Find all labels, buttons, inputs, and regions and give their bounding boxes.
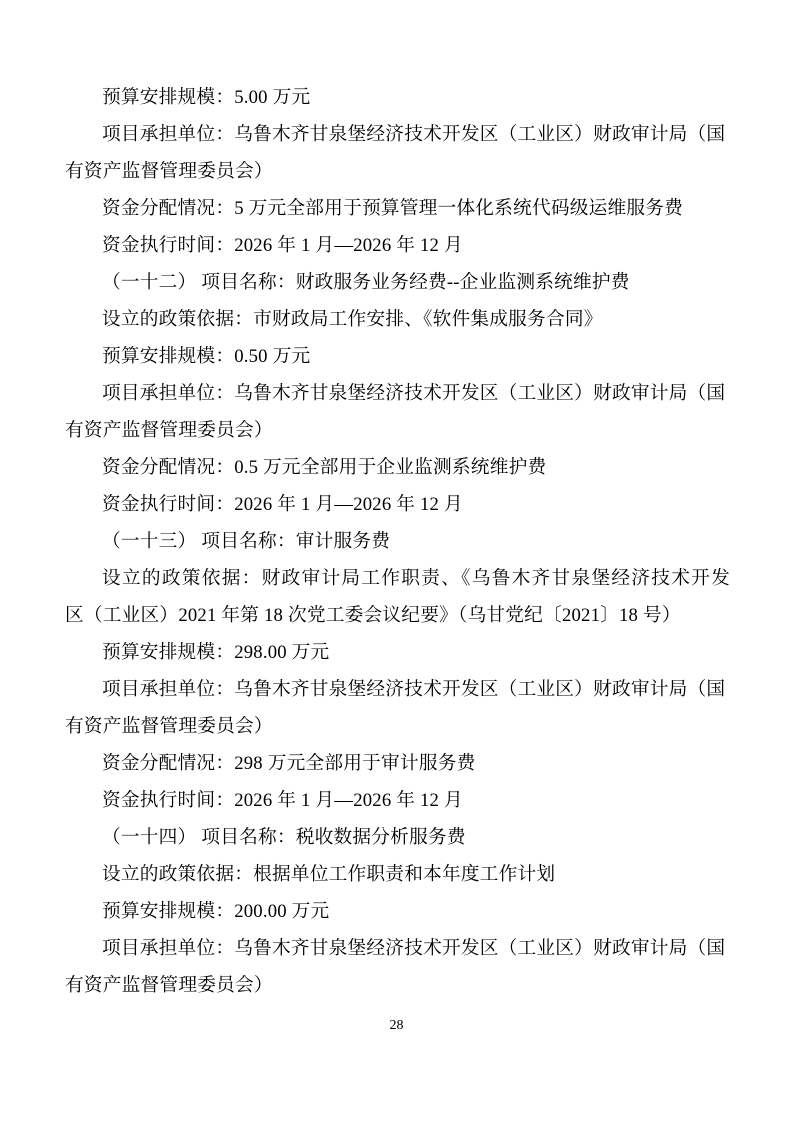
- text-line: 预算安排规模：0.50 万元: [65, 338, 730, 375]
- document-page: 预算安排规模：5.00 万元项目承担单位：乌鲁木齐甘泉堡经济技术开发区（工业区）…: [0, 0, 793, 1122]
- text-line: 项目承担单位：乌鲁木齐甘泉堡经济技术开发区（工业区）财政审计局（国: [65, 375, 730, 412]
- page-number: 28: [390, 1018, 404, 1033]
- text-line: 设立的政策依据：市财政局工作安排、《软件集成服务合同》: [65, 301, 730, 338]
- text-line: 有资产监督管理委员会）: [65, 708, 730, 745]
- text-line: 项目承担单位：乌鲁木齐甘泉堡经济技术开发区（工业区）财政审计局（国: [65, 671, 730, 708]
- text-line: 设立的政策依据：财政审计局工作职责、《乌鲁木齐甘泉堡经济技术开发: [65, 560, 730, 597]
- text-line: （一十四） 项目名称：税收数据分析服务费: [65, 819, 730, 856]
- text-line: 有资产监督管理委员会）: [65, 153, 730, 190]
- text-line: 资金分配情况：0.5 万元全部用于企业监测系统维护费: [65, 449, 730, 486]
- text-line: 资金执行时间：2026 年 1 月—2026 年 12 月: [65, 227, 730, 264]
- text-line: 资金分配情况：298 万元全部用于审计服务费: [65, 745, 730, 782]
- text-line: 有资产监督管理委员会）: [65, 412, 730, 449]
- text-line: 资金分配情况：5 万元全部用于预算管理一体化系统代码级运维服务费: [65, 190, 730, 227]
- text-line: （一十二） 项目名称：财政服务业务经费--企业监测系统维护费: [65, 264, 730, 301]
- document-body: 预算安排规模：5.00 万元项目承担单位：乌鲁木齐甘泉堡经济技术开发区（工业区）…: [65, 79, 730, 1004]
- text-line: 预算安排规模：298.00 万元: [65, 634, 730, 671]
- text-line: 设立的政策依据：根据单位工作职责和本年度工作计划: [65, 856, 730, 893]
- page-footer: 28: [0, 1014, 793, 1038]
- text-line: 预算安排规模：200.00 万元: [65, 893, 730, 930]
- text-line: 有资产监督管理委员会）: [65, 967, 730, 1004]
- text-line: 资金执行时间：2026 年 1 月—2026 年 12 月: [65, 782, 730, 819]
- text-line: 预算安排规模：5.00 万元: [65, 79, 730, 116]
- text-line: （一十三） 项目名称：审计服务费: [65, 523, 730, 560]
- text-line: 项目承担单位：乌鲁木齐甘泉堡经济技术开发区（工业区）财政审计局（国: [65, 930, 730, 967]
- text-line: 资金执行时间：2026 年 1 月—2026 年 12 月: [65, 486, 730, 523]
- text-line: 项目承担单位：乌鲁木齐甘泉堡经济技术开发区（工业区）财政审计局（国: [65, 116, 730, 153]
- text-line: 区（工业区）2021 年第 18 次党工委会议纪要》（乌甘党纪〔2021〕18 …: [65, 597, 730, 634]
